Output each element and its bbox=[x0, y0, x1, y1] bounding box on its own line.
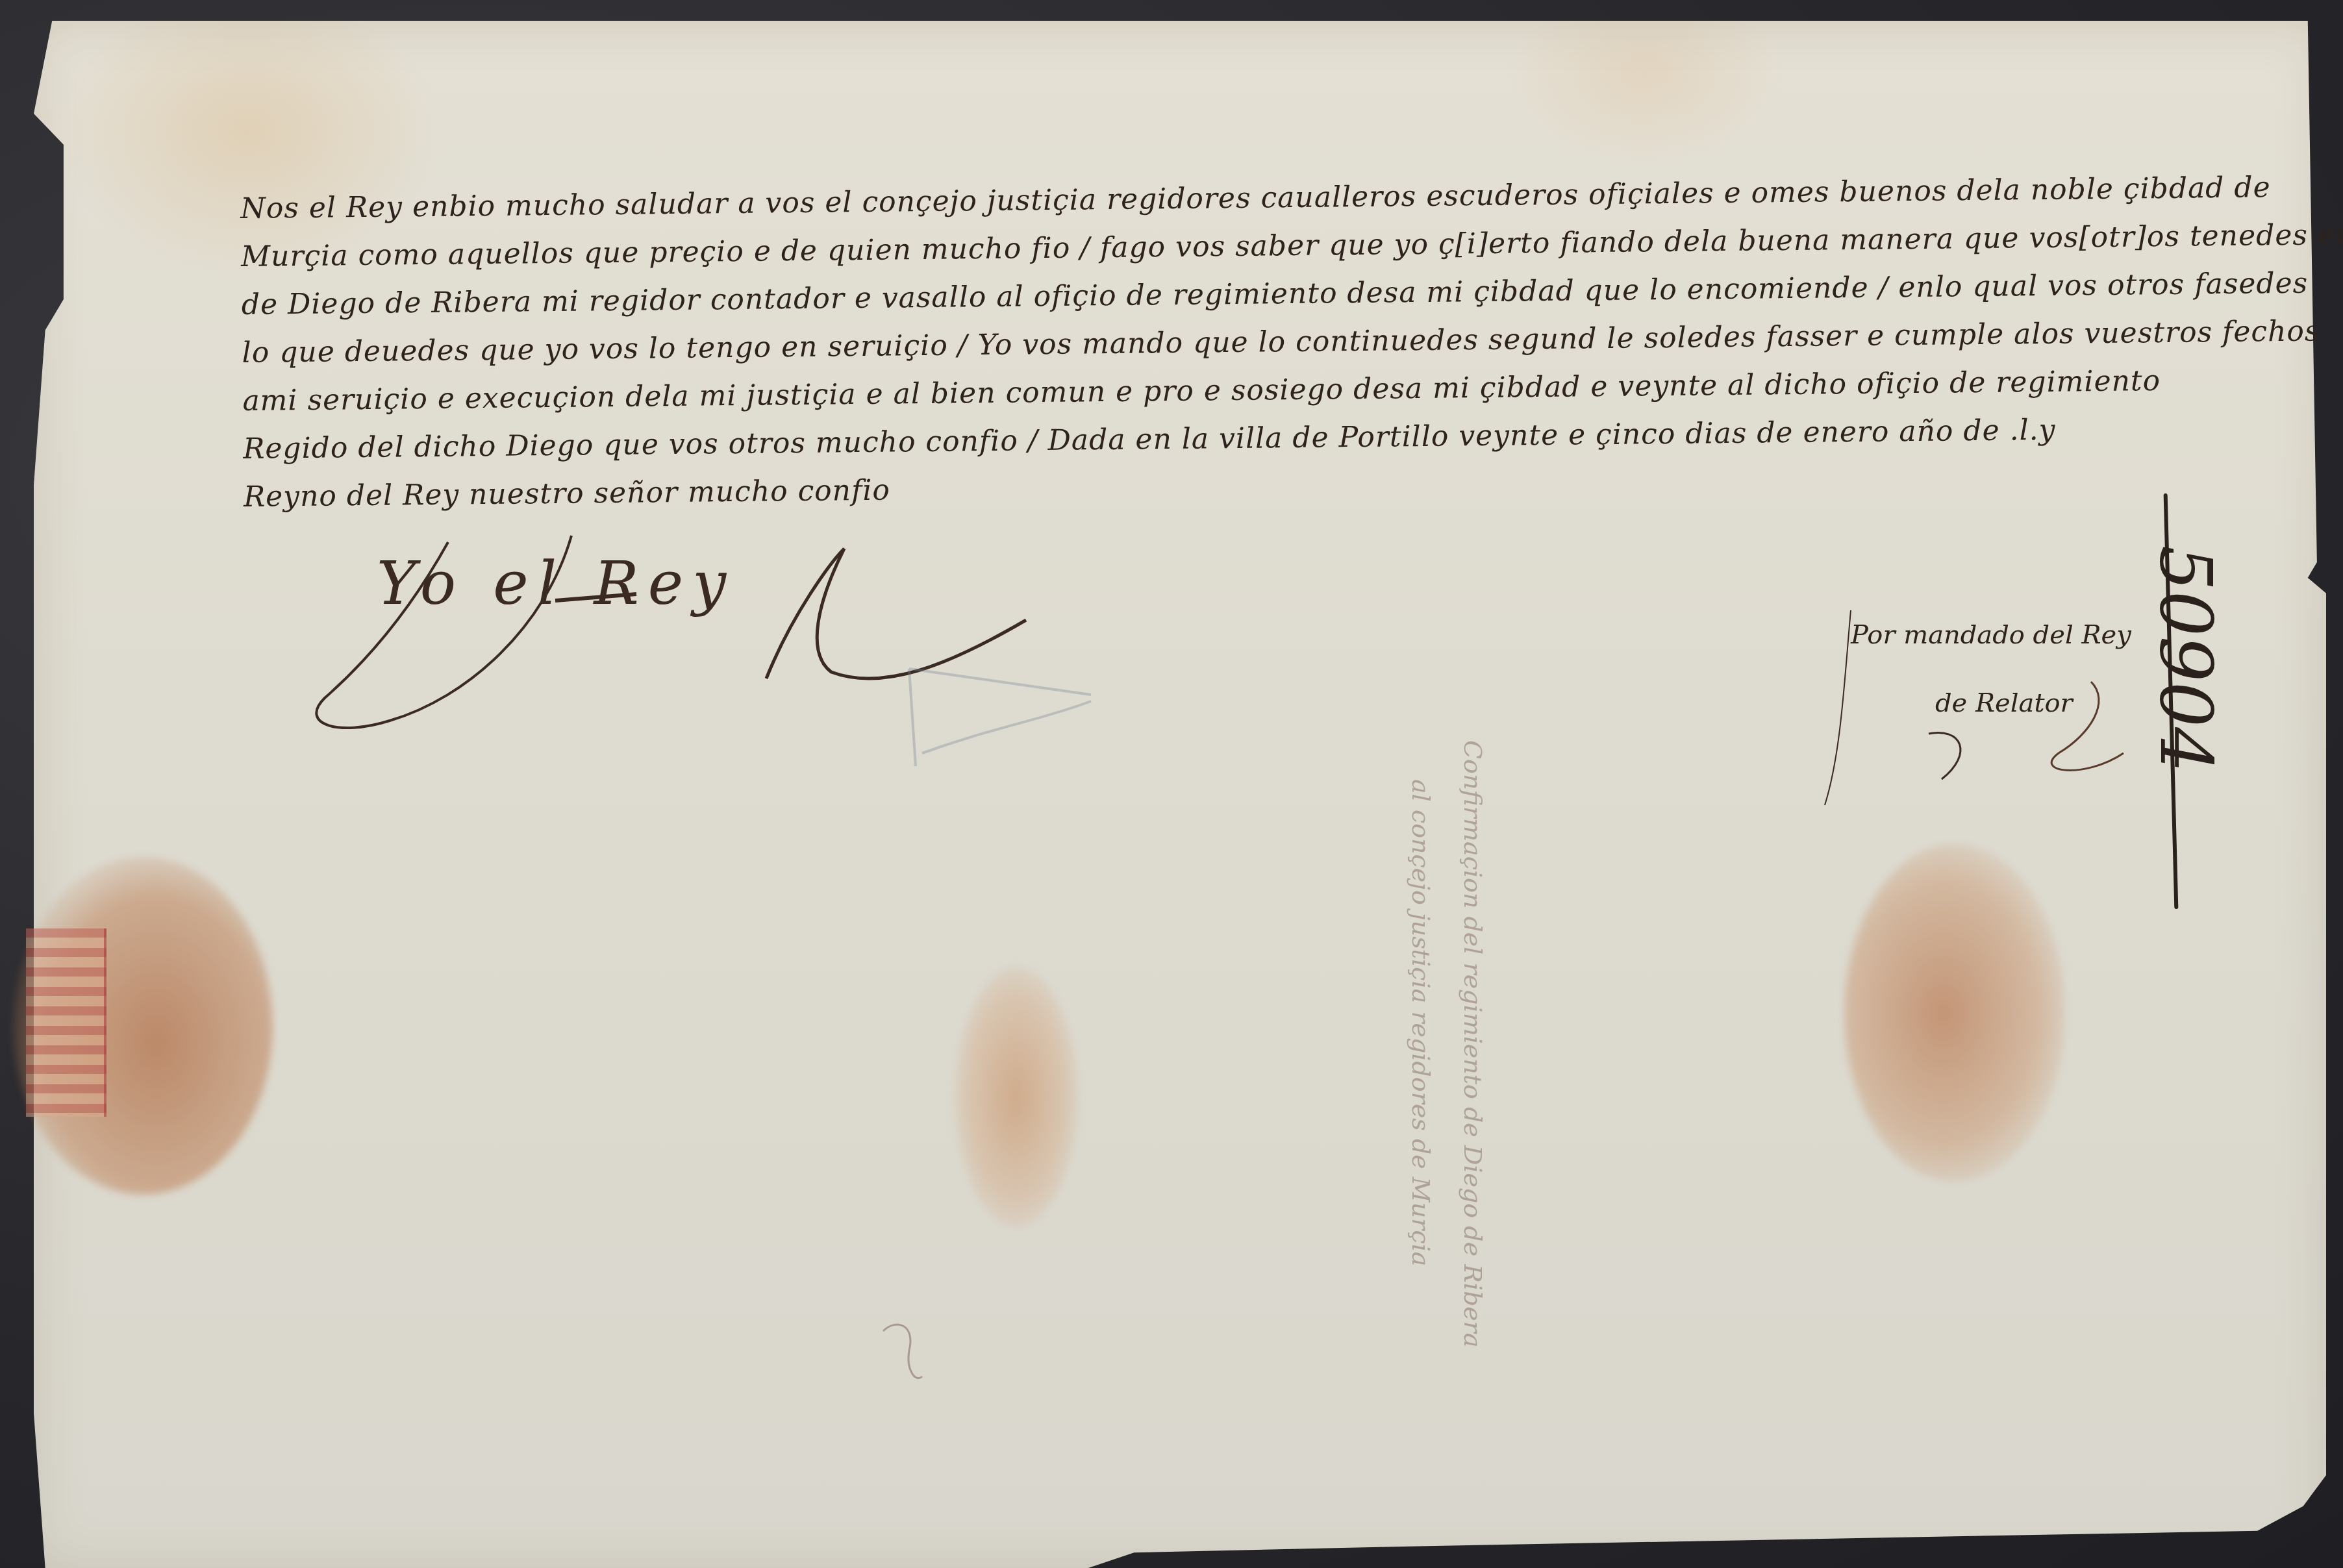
countersignature: Por mandado del Rey de Relator bbox=[1812, 584, 2201, 844]
faint-pencil-sketch-icon bbox=[896, 649, 1169, 818]
letter-body: Nos el Rey enbio mucho saludar a vos el … bbox=[240, 164, 2231, 521]
king-signature-text: Yo el Rey bbox=[377, 549, 735, 618]
dorsal-note-b: al conçejo justiçia regidores de Murçia bbox=[1407, 779, 1435, 1266]
dorsal-note-a: Confirmaçion del regimiento de Diego de … bbox=[1459, 740, 1487, 1348]
repair-tape bbox=[26, 928, 106, 1117]
faint-ink-mark-icon bbox=[870, 1279, 948, 1396]
countersign-line-1: Por mandado del Rey bbox=[1851, 620, 2131, 650]
folio-number-text: 50904 bbox=[2144, 545, 2227, 773]
archival-folio-number: 50904 bbox=[2221, 493, 2299, 909]
countersign-line-2: de Relator bbox=[1935, 688, 2073, 718]
